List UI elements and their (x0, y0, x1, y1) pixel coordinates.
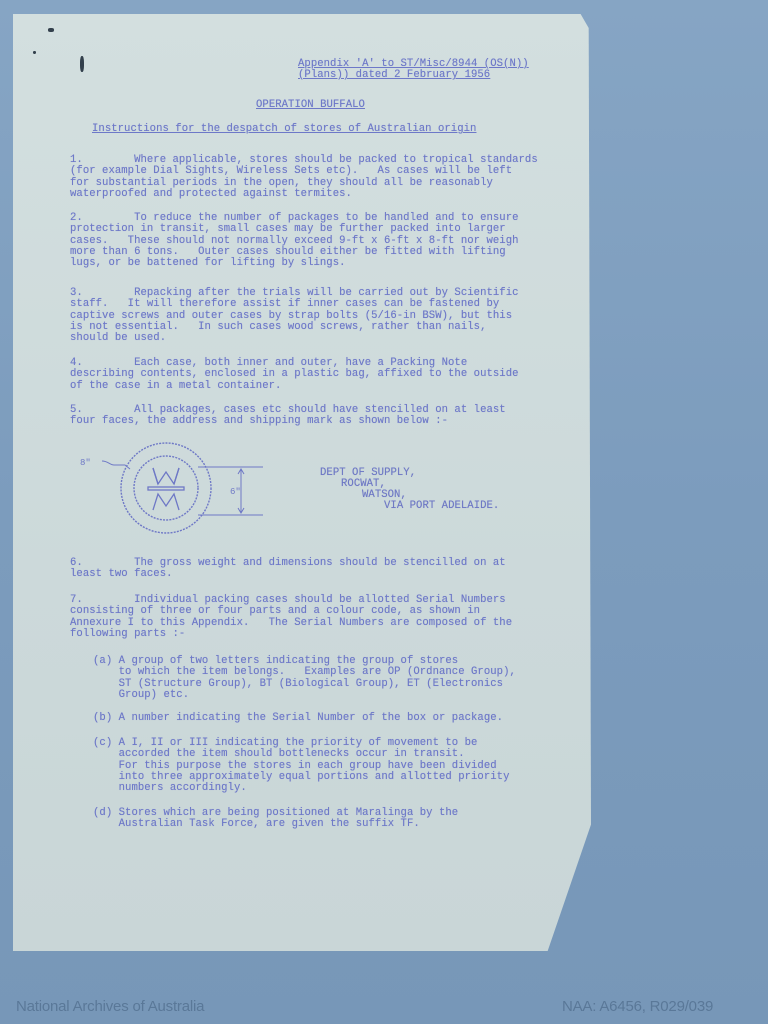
paragraph-7-line: consisting of three or four parts and a … (70, 606, 480, 617)
paragraph-7-line: following parts :- (70, 629, 185, 640)
address-line-4: VIA PORT ADELAIDE. (384, 501, 499, 512)
page-subtitle: Instructions for the despatch of stores … (92, 124, 476, 135)
sub-item-a-line: Group) etc. (93, 690, 189, 701)
sub-item-b-line: (b) A number indicating the Serial Numbe… (93, 713, 503, 724)
paragraph-2-line: lugs, or be battened for lifting by slin… (70, 258, 346, 269)
inner-dimension-label: 6" (230, 487, 241, 497)
archive-reference-label: NAA: A6456, R029/039 (562, 998, 713, 1015)
sub-item-a-line: to which the item belongs. Examples are … (93, 667, 516, 678)
ink-spot (33, 51, 36, 54)
paragraph-4-line: describing contents, enclosed in a plast… (70, 369, 519, 380)
archive-source-label: National Archives of Australia (16, 998, 204, 1015)
paragraph-1-line: waterproofed and protected against termi… (70, 189, 352, 200)
paragraph-4-line: of the case in a metal container. (70, 381, 281, 392)
page-title: OPERATION BUFFALO (256, 100, 365, 111)
sub-item-c-line: numbers accordingly. (93, 783, 247, 794)
ink-spot (80, 56, 84, 72)
shipping-mark-diagram: 8" 6" (80, 438, 280, 538)
paragraph-6-line: least two faces. (70, 569, 173, 580)
paragraph-3-line: should be used. (70, 333, 166, 344)
paragraph-1-line: (for example Dial Sights, Wireless Sets … (70, 166, 512, 177)
outer-dimension-label: 8" (80, 458, 91, 468)
paragraph-5-line: four faces, the address and shipping mar… (70, 416, 448, 427)
reference-line-2: (Plans)) dated 2 February 1956 (298, 70, 490, 81)
sub-item-d-line: Australian Task Force, are given the suf… (93, 819, 420, 830)
ink-spot (48, 28, 54, 32)
paragraph-3-line: staff. It will therefore assist if inner… (70, 299, 499, 310)
paragraph-2-line: protection in transit, small cases may b… (70, 224, 506, 235)
sub-item-c-line: accorded the item should bottlenecks occ… (93, 749, 465, 760)
